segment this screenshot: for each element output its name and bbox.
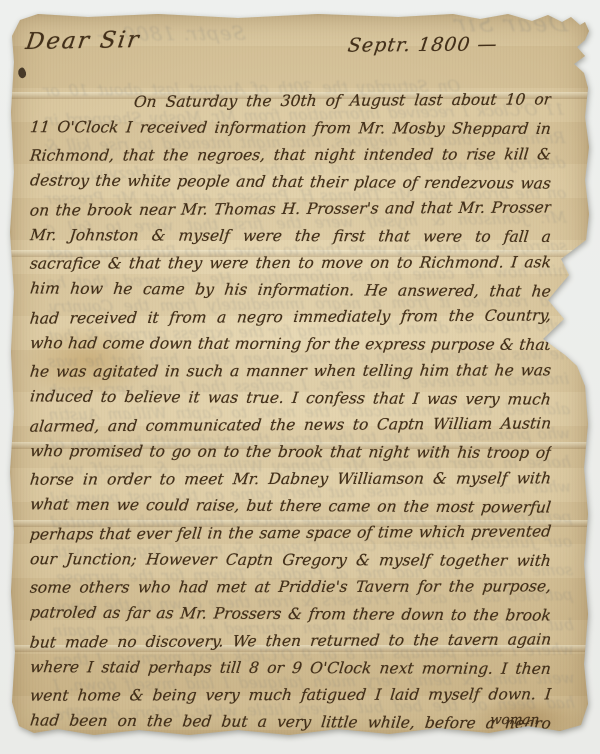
- letter-line: Mr. Johnston & myself were the first tha…: [29, 222, 553, 251]
- letter-line: what men we could raise, but there came …: [29, 491, 553, 521]
- letter-body: On Saturday the 30th of August last abou…: [30, 88, 551, 736]
- letter-line: who promised to go on to the brook that …: [29, 438, 553, 467]
- letter-line: he was agitated in such a manner when te…: [29, 357, 553, 385]
- letter-line: where I staid perhaps till 8 or 9 O'Cloc…: [29, 654, 553, 683]
- letter-line: alarmed, and communicated the news to Ca…: [29, 410, 553, 440]
- letter-line: had received it from a negro immediately…: [29, 302, 553, 332]
- letter-line: went home & being very much fatigued I l…: [29, 681, 553, 709]
- letter-line: but made no discovery. We then returned …: [29, 626, 553, 656]
- letter-line: some others who had met at Priddie's Tav…: [29, 573, 553, 601]
- letter-line: him how he came by his information. He a…: [29, 275, 553, 305]
- letter-line: on the brook near Mr. Thomas H. Prosser'…: [29, 194, 553, 224]
- letter-paper: Dear Sir Septr. 1800 — On Saturday the 3…: [8, 12, 591, 745]
- letter-line: induced to believe it was true. I confes…: [29, 383, 553, 413]
- letter-line: Richmond, that the negroes, that night i…: [29, 141, 553, 169]
- letter-line: sacrafice & that they were then to move …: [29, 249, 553, 277]
- letter-line: who had come down that morning for the e…: [29, 330, 553, 359]
- letter-line: perhaps that ever fell in the same space…: [29, 518, 553, 548]
- letter-line: destroy the white people and that their …: [29, 167, 553, 197]
- handwritten-text-layer: Dear Sir Septr. 1800 — On Saturday the 3…: [8, 12, 591, 745]
- date-line: Septr. 1800 —: [346, 33, 499, 56]
- scan-area: Dear Sir Septr. 1800 — On Saturday the 3…: [0, 0, 600, 754]
- letter-line: horse in order to meet Mr. Dabney Willia…: [29, 465, 553, 493]
- letter-paper-wrapper: Dear Sir Septr. 1800 — On Saturday the 3…: [8, 12, 591, 745]
- catchword: woman: [489, 712, 540, 728]
- letter-line: On Saturday the 30th of August last abou…: [29, 86, 553, 116]
- letter-line: 11 O'Clock I received information from M…: [29, 114, 553, 143]
- letter-line: patroled as far as Mr. Prossers & from t…: [29, 599, 553, 629]
- letter-line: had been on the bed but a very little wh…: [29, 707, 553, 737]
- letter-line: our Junction; However Captn Gregory & my…: [29, 546, 553, 575]
- salutation: Dear Sir: [24, 27, 142, 55]
- scan-background: { "colors": { "scan_background": "#edeee…: [0, 0, 600, 754]
